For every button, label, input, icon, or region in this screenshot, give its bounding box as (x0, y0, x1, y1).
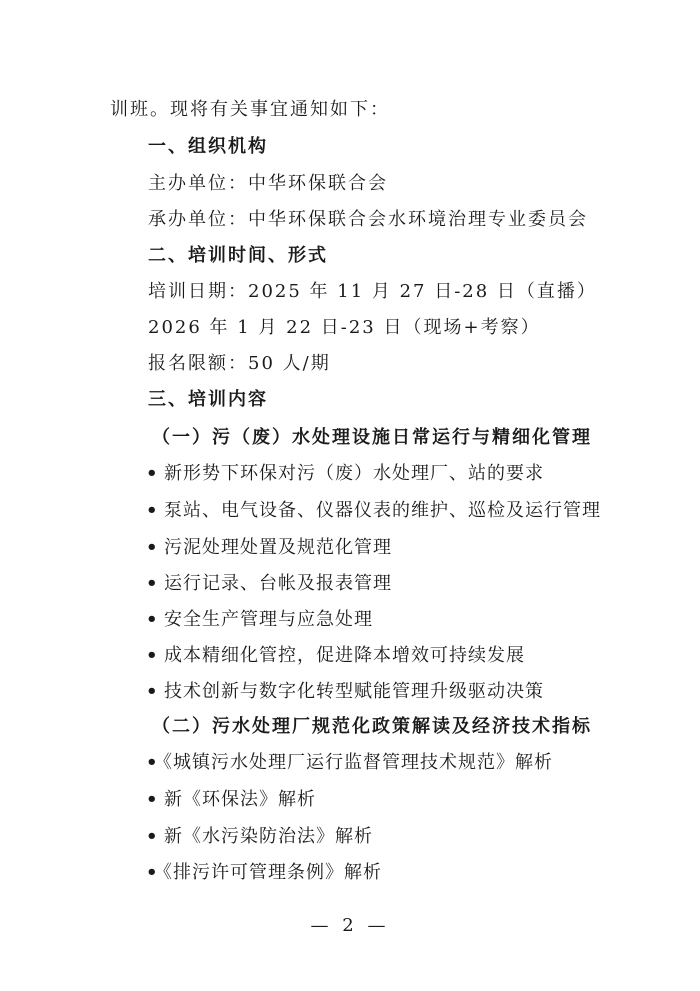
list-item: •污泥处理处置及规范化管理 (146, 537, 392, 559)
bullet-icon: • (146, 789, 164, 811)
section-heading-time: 二、培训时间、形式 (148, 245, 328, 267)
organizer-unit: 承办单位：中华环保联合会水环境治理专业委员会 (148, 209, 588, 231)
enrollment-quota: 报名限额：50 人/期 (148, 353, 331, 375)
bullet-icon: • (146, 463, 164, 485)
intro-line: 训班。现将有关事宜通知如下： (110, 99, 390, 121)
list-item: •技术创新与数字化转型赋能管理升级驱动决策 (146, 681, 544, 703)
list-item: •泵站、电气设备、仪器仪表的维护、巡检及运行管理 (146, 500, 601, 522)
bullet-icon: • (146, 645, 164, 667)
bullet-icon: • (146, 500, 164, 522)
bullet-icon: • (146, 681, 164, 703)
section-heading-org: 一、组织机构 (148, 136, 268, 158)
list-item: •运行记录、台帐及报表管理 (146, 573, 392, 595)
list-item: •新《环保法》解析 (146, 789, 316, 811)
list-item: •《城镇污水处理厂运行监督管理技术规范》解析 (146, 752, 553, 774)
subsection-heading-2: （二）污水处理厂规范化政策解读及经济技术指标 (152, 716, 592, 738)
list-item: •新《水污染防治法》解析 (146, 826, 373, 848)
bullet-icon: • (146, 826, 164, 848)
bullet-icon: • (146, 609, 164, 631)
bullet-icon: • (146, 573, 164, 595)
bullet-icon: • (146, 752, 154, 774)
list-item: •成本精细化管控，促进降本增效可持续发展 (146, 645, 525, 667)
bullet-icon: • (146, 537, 164, 559)
host-unit: 主办单位：中华环保联合会 (148, 173, 388, 195)
training-date-2: 2026 年 1 月 22 日-23 日（现场+考察） (148, 317, 541, 339)
training-date-1: 培训日期：2025 年 11 月 27 日-28 日（直播） (148, 281, 597, 303)
subsection-heading-1: （一）污（废）水处理设施日常运行与精细化管理 (152, 427, 592, 449)
bullet-icon: • (146, 862, 154, 884)
page-number: — 2 — (0, 915, 700, 936)
list-item: •安全生产管理与应急处理 (146, 609, 373, 631)
list-item: •《排污许可管理条例》解析 (146, 862, 382, 884)
document-page: 训班。现将有关事宜通知如下： 一、组织机构 主办单位：中华环保联合会 承办单位：… (0, 0, 700, 991)
list-item: •新形势下环保对污（废）水处理厂、站的要求 (146, 463, 544, 485)
section-heading-content: 三、培训内容 (148, 389, 268, 411)
